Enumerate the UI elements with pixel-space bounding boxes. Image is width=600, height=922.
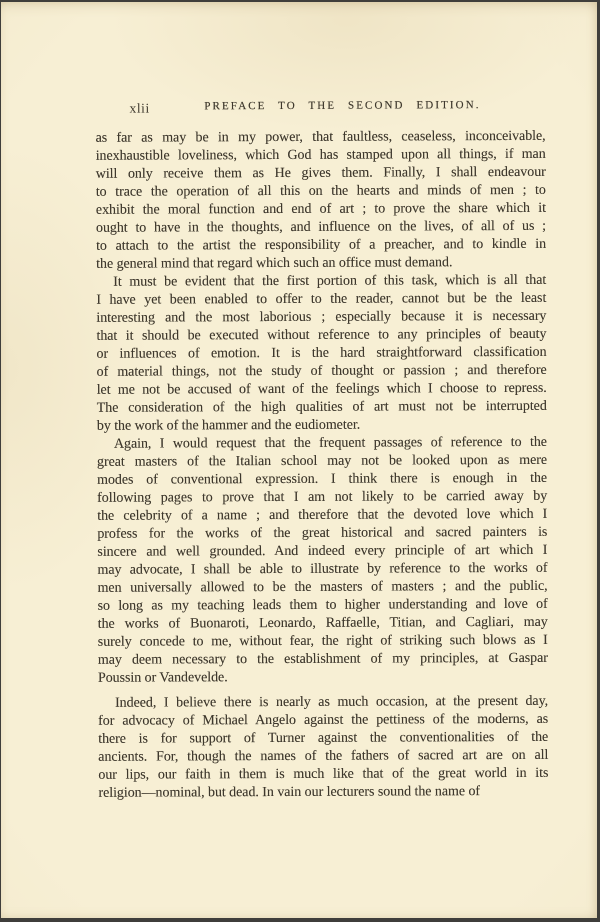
- text-line: ought to have in the thoughts, and influ…: [96, 218, 546, 238]
- text-line: modes of conventional expression. I thin…: [97, 470, 547, 490]
- text-line: the works of Buonaroti, Leonardo, Raffae…: [98, 614, 548, 634]
- text-line: let me not be accused of want of the fee…: [97, 380, 547, 400]
- text-line: Indeed, I believe there is nearly as muc…: [98, 693, 548, 713]
- text-line: so long as my teaching leads them to hig…: [98, 596, 548, 616]
- scanned-book-page: xlii PREFACE TO THE SECOND EDITION. as f…: [0, 0, 600, 922]
- text-line: The consideration of the high qualities …: [97, 398, 547, 418]
- text-line: men universally allowed to be the master…: [98, 578, 548, 598]
- text-line: our lips, our faith in them is much like…: [98, 765, 548, 785]
- paragraph: It must be evident that the first portio…: [96, 272, 547, 436]
- text-line: the celebrity of a name ; and therefore …: [97, 506, 547, 526]
- text-line: by the work of the hammer and the eudiom…: [97, 416, 547, 436]
- text-line: will only receive them as He gives them.…: [96, 164, 546, 184]
- paragraph: Again, I would request that the frequent…: [97, 434, 548, 688]
- text-line: the general mind that regard which such …: [96, 254, 546, 274]
- text-line: ancients. For, though the names of the f…: [98, 747, 548, 767]
- text-line: inexhaustible loveliness, which God has …: [96, 146, 546, 166]
- text-line: to attach to the artist the responsibili…: [96, 236, 546, 256]
- text-line: there is for support of Turner against t…: [98, 729, 548, 749]
- text-line: or influences of emotion. It is the hard…: [96, 344, 546, 364]
- text-line: may advocate, I shall be able to illustr…: [97, 560, 547, 580]
- text-line: to trace the operation of all this on th…: [96, 182, 546, 202]
- page-content: xlii PREFACE TO THE SECOND EDITION. as f…: [95, 2, 549, 918]
- text-line: Poussin or Vandevelde.: [98, 668, 548, 688]
- text-line: profess for the works of the great histo…: [97, 524, 547, 544]
- text-line: great masters of the Italian school may …: [97, 452, 547, 472]
- folio-page-number: xlii: [129, 101, 149, 117]
- text-line: surely concede to me, without fear, the …: [98, 632, 548, 652]
- text-line: sincere and well grounded. And indeed ev…: [97, 542, 547, 562]
- text-line: that it should be executed without refer…: [96, 326, 546, 346]
- text-line: may deem necessary to the establishment …: [98, 650, 548, 670]
- text-line: of material things, not the study of tho…: [97, 362, 547, 382]
- paragraph: Indeed, I believe there is nearly as muc…: [98, 693, 548, 803]
- page-header: xlii PREFACE TO THE SECOND EDITION.: [95, 99, 545, 117]
- text-line: religion—nominal, but dead. In vain our …: [98, 783, 548, 803]
- text-line: exhibit the moral function and end of ar…: [96, 200, 546, 220]
- page-body-text: as far as may be in my power, that fault…: [96, 128, 549, 803]
- text-line: for advocacy of Michael Angelo against t…: [98, 711, 548, 731]
- text-line: interesting and the most laborious ; esp…: [96, 308, 546, 328]
- text-line: Again, I would request that the frequent…: [97, 434, 547, 454]
- paragraph: as far as may be in my power, that fault…: [96, 128, 547, 274]
- text-line: I have yet been enabled to offer to the …: [96, 290, 546, 310]
- running-head-title: PREFACE TO THE SECOND EDITION.: [95, 99, 545, 113]
- text-line: as far as may be in my power, that fault…: [96, 128, 546, 148]
- text-line: It must be evident that the first portio…: [96, 272, 546, 292]
- paper: xlii PREFACE TO THE SECOND EDITION. as f…: [1, 2, 597, 918]
- text-line: following pages to prove that I am not l…: [97, 488, 547, 508]
